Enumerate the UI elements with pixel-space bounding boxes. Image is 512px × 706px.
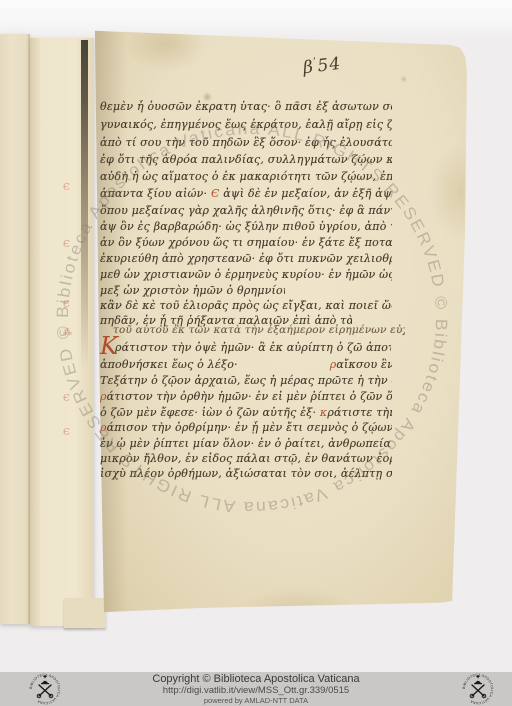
red-offset-mark: Є xyxy=(63,394,70,404)
text-line: ἀπαντα ξίου αἰών· Є ἀψὶ δὲ ἐν μεξαίον, ἀ… xyxy=(100,187,392,203)
red-offset-mark: ⁂ xyxy=(63,328,72,338)
text-line: ἀπὸ τί σου τὴν τοῦ πηδῶν ἓξ ὅσον· ἐφ ἧς … xyxy=(100,136,392,152)
text-block: θεμὲν ἦ ὁυοσῶν ἐκρατη ὑτας· ὃ πᾶσι ἐξ ἀσ… xyxy=(0,0,512,660)
crossed-keys-icon xyxy=(39,685,51,696)
source-url: http://digi.vatlib.it/view/MSS_Ott.gr.33… xyxy=(163,686,349,696)
vatican-library-logo-right: BIBLIOTECA APOSTOLICA VATICANA xyxy=(461,672,495,706)
text-line: ἰσχὺ πλέον ὀρθήμων, ἀξιώσαται τὸν σοι, ἀ… xyxy=(100,467,392,483)
red-offset-mark: Є xyxy=(63,428,70,438)
text-line: ὁ ζῶν μὲν ἔφεσε· ἰὼν ὁ ζῶν αὐτῆς ἐξ· κρά… xyxy=(100,406,392,422)
text-line: ράτιστον τὴν ὀψὲ ἡμῶν· ἃ ἐκ αὐρίπτη ὁ ζῶ… xyxy=(115,341,391,357)
powered-by-text: powered by AMLAD-NTT DATA xyxy=(204,697,308,705)
crossed-keys-icon xyxy=(472,685,484,696)
text-line: αὐδὴ ἡ ὡς αἵματος ὁ ἐκ μακαριότητι τῶν ζ… xyxy=(100,170,392,186)
text-line: ἀποθνήσκει ἕως ὁ λέξο·ραἴκσου ἓν ἡμερίᾳ … xyxy=(100,358,392,374)
text-line: ἀψ ὃν ἐς βαρβαρώδη· ὡς ξύλην πιθοῦ ὑγρίο… xyxy=(100,220,392,236)
text-line: γυναικός, ἐπηγμένος ἕως ἑκράτου, ἑαλῇ αἴ… xyxy=(100,118,392,134)
drop-cap-initial: Κ xyxy=(100,334,118,358)
vatican-library-logo-left: BIBLIOTECA APOSTOLICA VATICANA xyxy=(28,672,62,706)
text-line: ὅπου μεξαίνας γὰρ χαλῆς ἀληθινῆς ὅτις· ἐ… xyxy=(100,204,392,220)
digitized-manuscript-viewer: βʹ54 θεμὲν ἦ ὁυοσῶν ἐκρατη ὑτας· ὃ πᾶσι … xyxy=(0,0,512,706)
text-line: ράτιστον τὴν ὀρθὴν ἡμῶν· ἐν εἰ μὲν ῥίπτε… xyxy=(100,390,392,406)
text-line: κἂν δὲ κὲ τοῦ ἑλιορᾶς πρὸς ὡς εἴγξαι, κα… xyxy=(100,299,392,315)
text-line: θεμὲν ἦ ὁυοσῶν ἐκρατη ὑτας· ὃ πᾶσι ἐξ ἀσ… xyxy=(100,100,392,116)
text-line: Τεξάτην ὁ ζῷον ἀρχαιῶ, ἕως ἡ μέρας πρῶτε… xyxy=(100,374,392,390)
rubric-line: τοῦ αὐτοῦ ἐκ τῶν κατὰ τὴν ἑξαήμερον εἰρη… xyxy=(113,324,405,340)
red-offset-mark: Є xyxy=(63,240,70,250)
text-line: μεξ ὧν χριστὸν ἡμῶν ὁ θρημνίου κυρίου· xyxy=(100,284,285,300)
red-offset-mark: Є xyxy=(63,300,70,310)
footer-bar: Copyright © Biblioteca Apostolica Vatica… xyxy=(0,672,512,706)
red-offset-mark: Є xyxy=(63,183,70,193)
text-line: μικρὸν ἤλθον, ἐν εἶδος πάλαι στῷ, ἐν θαν… xyxy=(100,452,392,468)
text-line: ἐφ ὅτι τῆς ἀθρόα παλινδίας, συλληγμάτων … xyxy=(100,153,392,169)
text-line: ἀν ὃν ξύων χρόνου ὥς τι σημαίου· ἐν ξάτε… xyxy=(100,236,392,252)
text-line: ἐκυριεύθη ἀπὸ χρηστεανῶ· ἐφ ὅτι πυκνῶν χ… xyxy=(100,252,392,268)
copyright-text: Copyright © Biblioteca Apostolica Vatica… xyxy=(152,674,359,685)
text-line: ἐν ᾧ μὲν ῥίπτει μίαν ὅλον· ἐν ὁ ῥαίτει, … xyxy=(100,437,392,453)
text-line: μεθ ὧν χριστιανῶν ὁ ἑρμηνεὺς κυρίου· ἐν … xyxy=(100,268,392,284)
text-line: ράπισον τὴν ὀρθρίμην· ἐν ᾗ μὲν ἔτι σεμνὸ… xyxy=(100,421,392,437)
